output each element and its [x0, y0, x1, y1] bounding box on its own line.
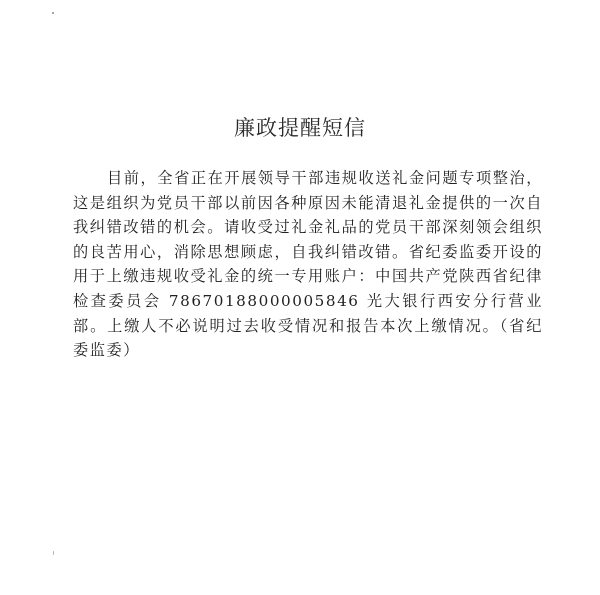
document-page: 廉政提醒短信 目前，全省正在开展领导干部违规收送礼金问题专项整治，这是组织为党员…: [0, 0, 600, 595]
document-body: 目前，全省正在开展领导干部违规收送礼金问题专项整治，这是组织为党员干部以前因各种…: [73, 166, 543, 363]
scan-speck: [52, 12, 54, 14]
scan-speck: [53, 551, 54, 555]
document-title: 廉政提醒短信: [0, 112, 600, 142]
